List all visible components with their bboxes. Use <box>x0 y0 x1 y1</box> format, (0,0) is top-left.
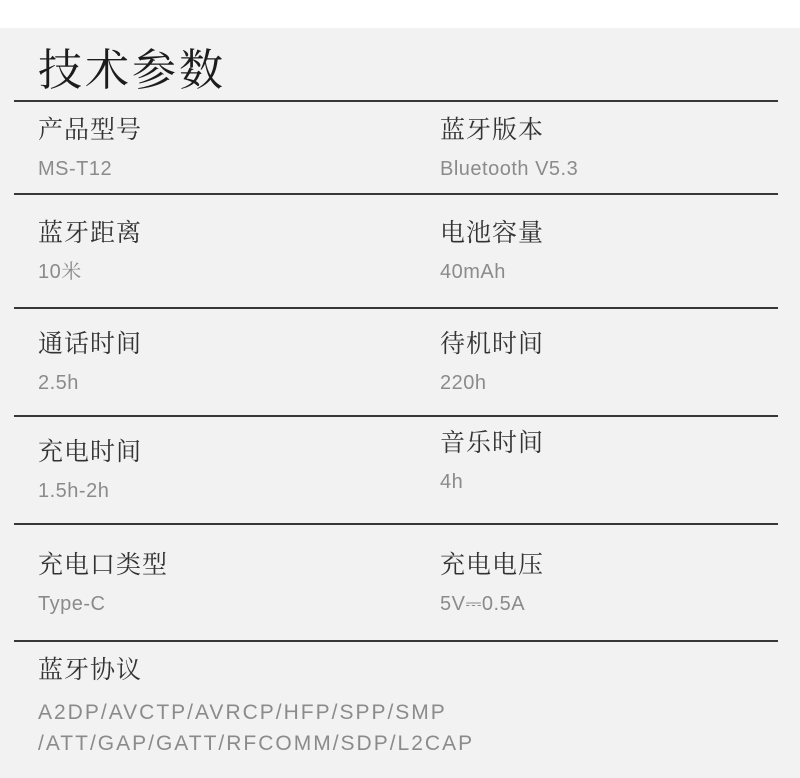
spec-value: Type-C <box>38 592 440 616</box>
protocol-value: A2DP/AVCTP/AVRCP/HFP/SPP/SMP /ATT/GAP/GA… <box>38 697 800 759</box>
protocol-line-2: /ATT/GAP/GATT/RFCOMM/SDP/L2CAP <box>38 728 800 759</box>
spec-label: 充电口类型 <box>38 550 440 580</box>
header: 技术参数 <box>0 28 800 100</box>
page-title: 技术参数 <box>38 34 226 98</box>
spec-cell-talk-time: 通话时间 2.5h <box>38 309 440 415</box>
spec-value: 40mAh <box>440 260 800 284</box>
spec-row-port-voltage: 充电口类型 Type-C 充电电压 5V⎓0.5A <box>0 525 800 640</box>
spec-label: 充电电压 <box>440 550 800 580</box>
spec-cell-bluetooth-version: 蓝牙版本 Bluetooth V5.3 <box>440 102 800 193</box>
spec-label: 待机时间 <box>440 329 800 359</box>
spec-label: 通话时间 <box>38 329 440 359</box>
spec-label: 蓝牙协议 <box>38 655 800 685</box>
protocol-line-1: A2DP/AVCTP/AVRCP/HFP/SPP/SMP <box>38 697 800 728</box>
spec-row-charge-music: 充电时间 1.5h-2h 音乐时间 4h <box>0 417 800 523</box>
spec-cell-charging-port-type: 充电口类型 Type-C <box>38 525 440 640</box>
spec-value: 220h <box>440 371 800 395</box>
spec-value: MS-T12 <box>38 157 440 181</box>
spec-cell-product-model: 产品型号 MS-T12 <box>38 102 440 193</box>
spec-value: 5V⎓0.5A <box>440 592 800 616</box>
spec-cell-music-time: 音乐时间 4h <box>440 408 800 514</box>
top-strip <box>0 0 800 28</box>
spec-label: 蓝牙版本 <box>440 115 800 145</box>
spec-row-distance-battery: 蓝牙距离 10米 电池容量 40mAh <box>0 195 800 307</box>
spec-row-bluetooth-protocol: 蓝牙协议 A2DP/AVCTP/AVRCP/HFP/SPP/SMP /ATT/G… <box>0 642 800 778</box>
spec-value: Bluetooth V5.3 <box>440 157 800 181</box>
spec-label: 充电时间 <box>38 437 440 467</box>
spec-label: 电池容量 <box>440 218 800 248</box>
spec-label: 音乐时间 <box>440 428 800 458</box>
spec-label: 蓝牙距离 <box>38 218 440 248</box>
spec-cell-battery-capacity: 电池容量 40mAh <box>440 195 800 307</box>
spec-cell-charging-voltage: 充电电压 5V⎓0.5A <box>440 525 800 640</box>
spec-value: 4h <box>440 470 800 494</box>
spec-value: 10米 <box>38 260 440 284</box>
spec-label: 产品型号 <box>38 115 440 145</box>
spec-cell-bluetooth-distance: 蓝牙距离 10米 <box>38 195 440 307</box>
spec-cell-charging-time: 充电时间 1.5h-2h <box>38 417 440 523</box>
spec-row-model-version: 产品型号 MS-T12 蓝牙版本 Bluetooth V5.3 <box>0 102 800 193</box>
spec-row-talk-standby: 通话时间 2.5h 待机时间 220h <box>0 309 800 415</box>
spec-value: 1.5h-2h <box>38 479 440 503</box>
spec-sheet: 技术参数 产品型号 MS-T12 蓝牙版本 Bluetooth V5.3 蓝牙距… <box>0 0 800 778</box>
spec-value: 2.5h <box>38 371 440 395</box>
spec-cell-standby-time: 待机时间 220h <box>440 309 800 415</box>
